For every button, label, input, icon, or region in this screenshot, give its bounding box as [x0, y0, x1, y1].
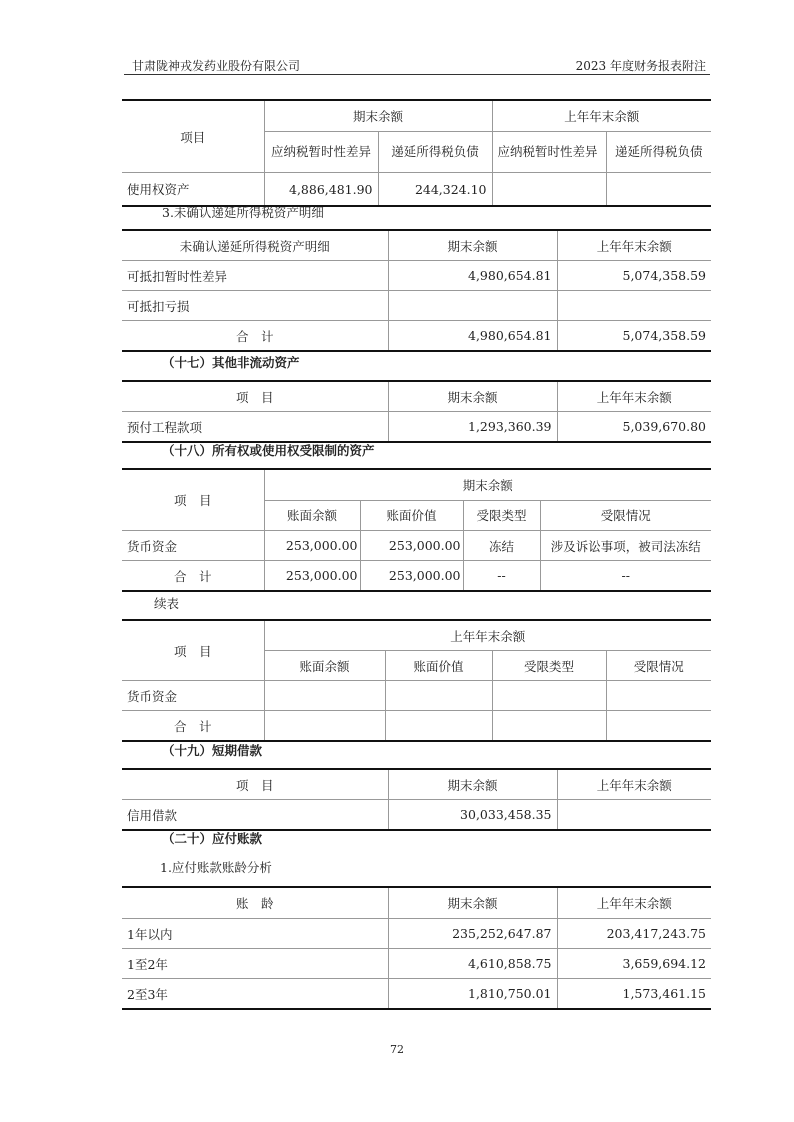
continued-label: 续表 — [154, 594, 179, 612]
table-row: 可抵扣暂时性差异 4,980,654.81 5,074,358.59 — [122, 261, 711, 291]
deferred-tax-liability-table: 项目 期末余额 上年年末余额 应纳税暂时性差异 递延所得税负债 应纳税暂时性差异… — [122, 99, 711, 207]
table-row: 预付工程款项 1,293,360.39 5,039,670.80 — [122, 412, 711, 443]
section-heading: （十八）所有权或使用权受限制的资产 — [162, 441, 375, 459]
table-row: 货币资金 — [122, 681, 711, 711]
other-noncurrent-assets-table: 项 目 期末余额 上年年末余额 预付工程款项 1,293,360.39 5,03… — [122, 380, 711, 443]
page-number: 72 — [0, 1043, 794, 1056]
subheader-temp-diff-prior: 应纳税暂时性差异 — [492, 132, 606, 173]
subsection-heading: 1.应付账款账龄分析 — [160, 858, 272, 876]
subheader-temp-diff: 应纳税暂时性差异 — [264, 132, 378, 173]
table-row: 信用借款 30,033,458.35 — [122, 800, 711, 831]
report-title: 2023 年度财务报表附注 — [576, 57, 706, 74]
section-heading: 3.未确认递延所得税资产明细 — [162, 203, 324, 221]
header-item: 项目 — [122, 100, 264, 173]
table-row-total: 合 计 253,000.00 253,000.00 -- -- — [122, 561, 711, 592]
table-row: 1至2年 4,610,858.75 3,659,694.12 — [122, 949, 711, 979]
header-current: 期末余额 — [264, 100, 492, 132]
restricted-assets-current-table: 项 目 期末余额 账面余额 账面价值 受限类型 受限情况 货币资金 253,00… — [122, 468, 711, 592]
company-name: 甘肃陇神戎发药业股份有限公司 — [132, 57, 300, 74]
table-row-total: 合 计 4,980,654.81 5,074,358.59 — [122, 321, 711, 352]
header-prior: 上年年末余额 — [492, 100, 711, 132]
section-heading: （二十）应付账款 — [162, 829, 262, 847]
table-row-total: 合 计 — [122, 711, 711, 742]
table-row: 2至3年 1,810,750.01 1,573,461.15 — [122, 979, 711, 1010]
table-row: 货币资金 253,000.00 253,000.00 冻结 涉及诉讼事项，被司法… — [122, 531, 711, 561]
table-row: 1年以内 235,252,647.87 203,417,243.75 — [122, 919, 711, 949]
subheader-deferred-liab-prior: 递延所得税负债 — [606, 132, 711, 173]
restricted-assets-prior-table: 项 目 上年年末余额 账面余额 账面价值 受限类型 受限情况 货币资金 合 计 — [122, 619, 711, 742]
payables-aging-table: 账 龄 期末余额 上年年末余额 1年以内 235,252,647.87 203,… — [122, 886, 711, 1010]
section-heading: （十七）其他非流动资产 — [162, 353, 300, 371]
unrecognized-dta-table: 未确认递延所得税资产明细 期末余额 上年年末余额 可抵扣暂时性差异 4,980,… — [122, 229, 711, 352]
short-term-loans-table: 项 目 期末余额 上年年末余额 信用借款 30,033,458.35 — [122, 768, 711, 831]
table-row: 可抵扣亏损 — [122, 291, 711, 321]
subheader-deferred-liab: 递延所得税负债 — [378, 132, 492, 173]
page-header: 甘肃陇神戎发药业股份有限公司 2023 年度财务报表附注 — [124, 57, 710, 75]
table-row: 使用权资产 4,886,481.90 244,324.10 — [122, 173, 711, 207]
section-heading: （十九）短期借款 — [162, 741, 262, 759]
